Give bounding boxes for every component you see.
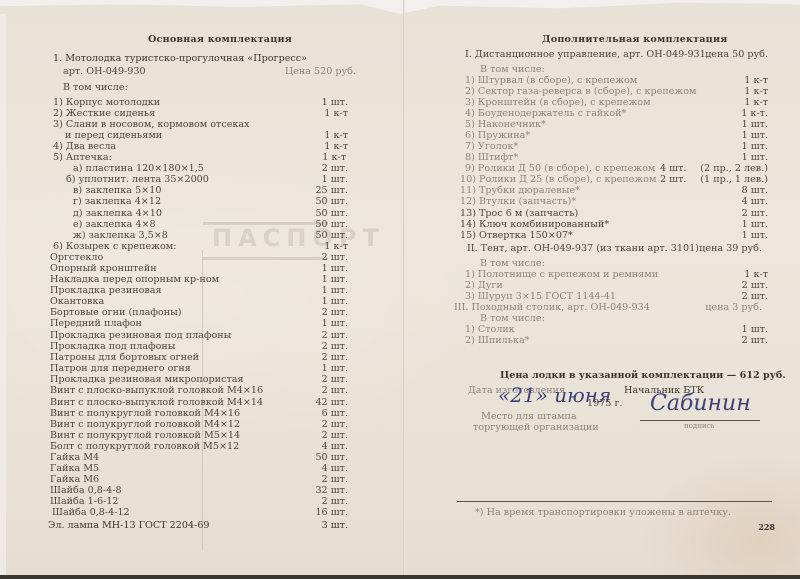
footnote: *) На время транспортировки уложены в ап… (475, 507, 731, 519)
section2-price: цена 39 руб. (699, 243, 762, 255)
date-year: 1975 г. (587, 398, 623, 410)
left-edge (0, 14, 6, 579)
signature-caption: подпись (684, 421, 714, 433)
including-label: В том числе: (63, 82, 128, 94)
total-price: Цена лодки в указанной комплектации — 61… (500, 370, 786, 382)
section1-title: I. Дистанционное управление, арт. ОН-049… (465, 49, 709, 61)
section3-price: цена 3 руб. (705, 302, 762, 314)
page-number: 228 (758, 522, 775, 534)
ghost-stamp-text: ПАСПОРТ (212, 224, 385, 252)
item1-price: Цена 520 руб. (285, 66, 356, 78)
item1-art: арт. ОН-049-930 (63, 66, 146, 78)
bottom-shadow (0, 575, 800, 579)
right-page-title: Дополнительная комплектация (542, 34, 728, 46)
section2-title: II. Тент, арт. ОН-049-937 (из ткани арт.… (467, 243, 699, 255)
torn-top-edge (0, 0, 800, 14)
footnote-rule (457, 501, 772, 502)
center-fold (403, 0, 405, 579)
document-sheet: ПАСПОРТ Основная комплектация 1. Мотолод… (0, 0, 800, 579)
section3-title: III. Походный столик, арт. ОН-049-934 (454, 302, 650, 314)
left-page-title: Основная комплектация (148, 34, 292, 46)
handwritten-signature: Сабинин (650, 398, 751, 410)
item1-title: 1. Мотолодка туристско-прогулочная «Прог… (53, 53, 307, 65)
section1-price: цена 50 руб. (705, 49, 768, 61)
